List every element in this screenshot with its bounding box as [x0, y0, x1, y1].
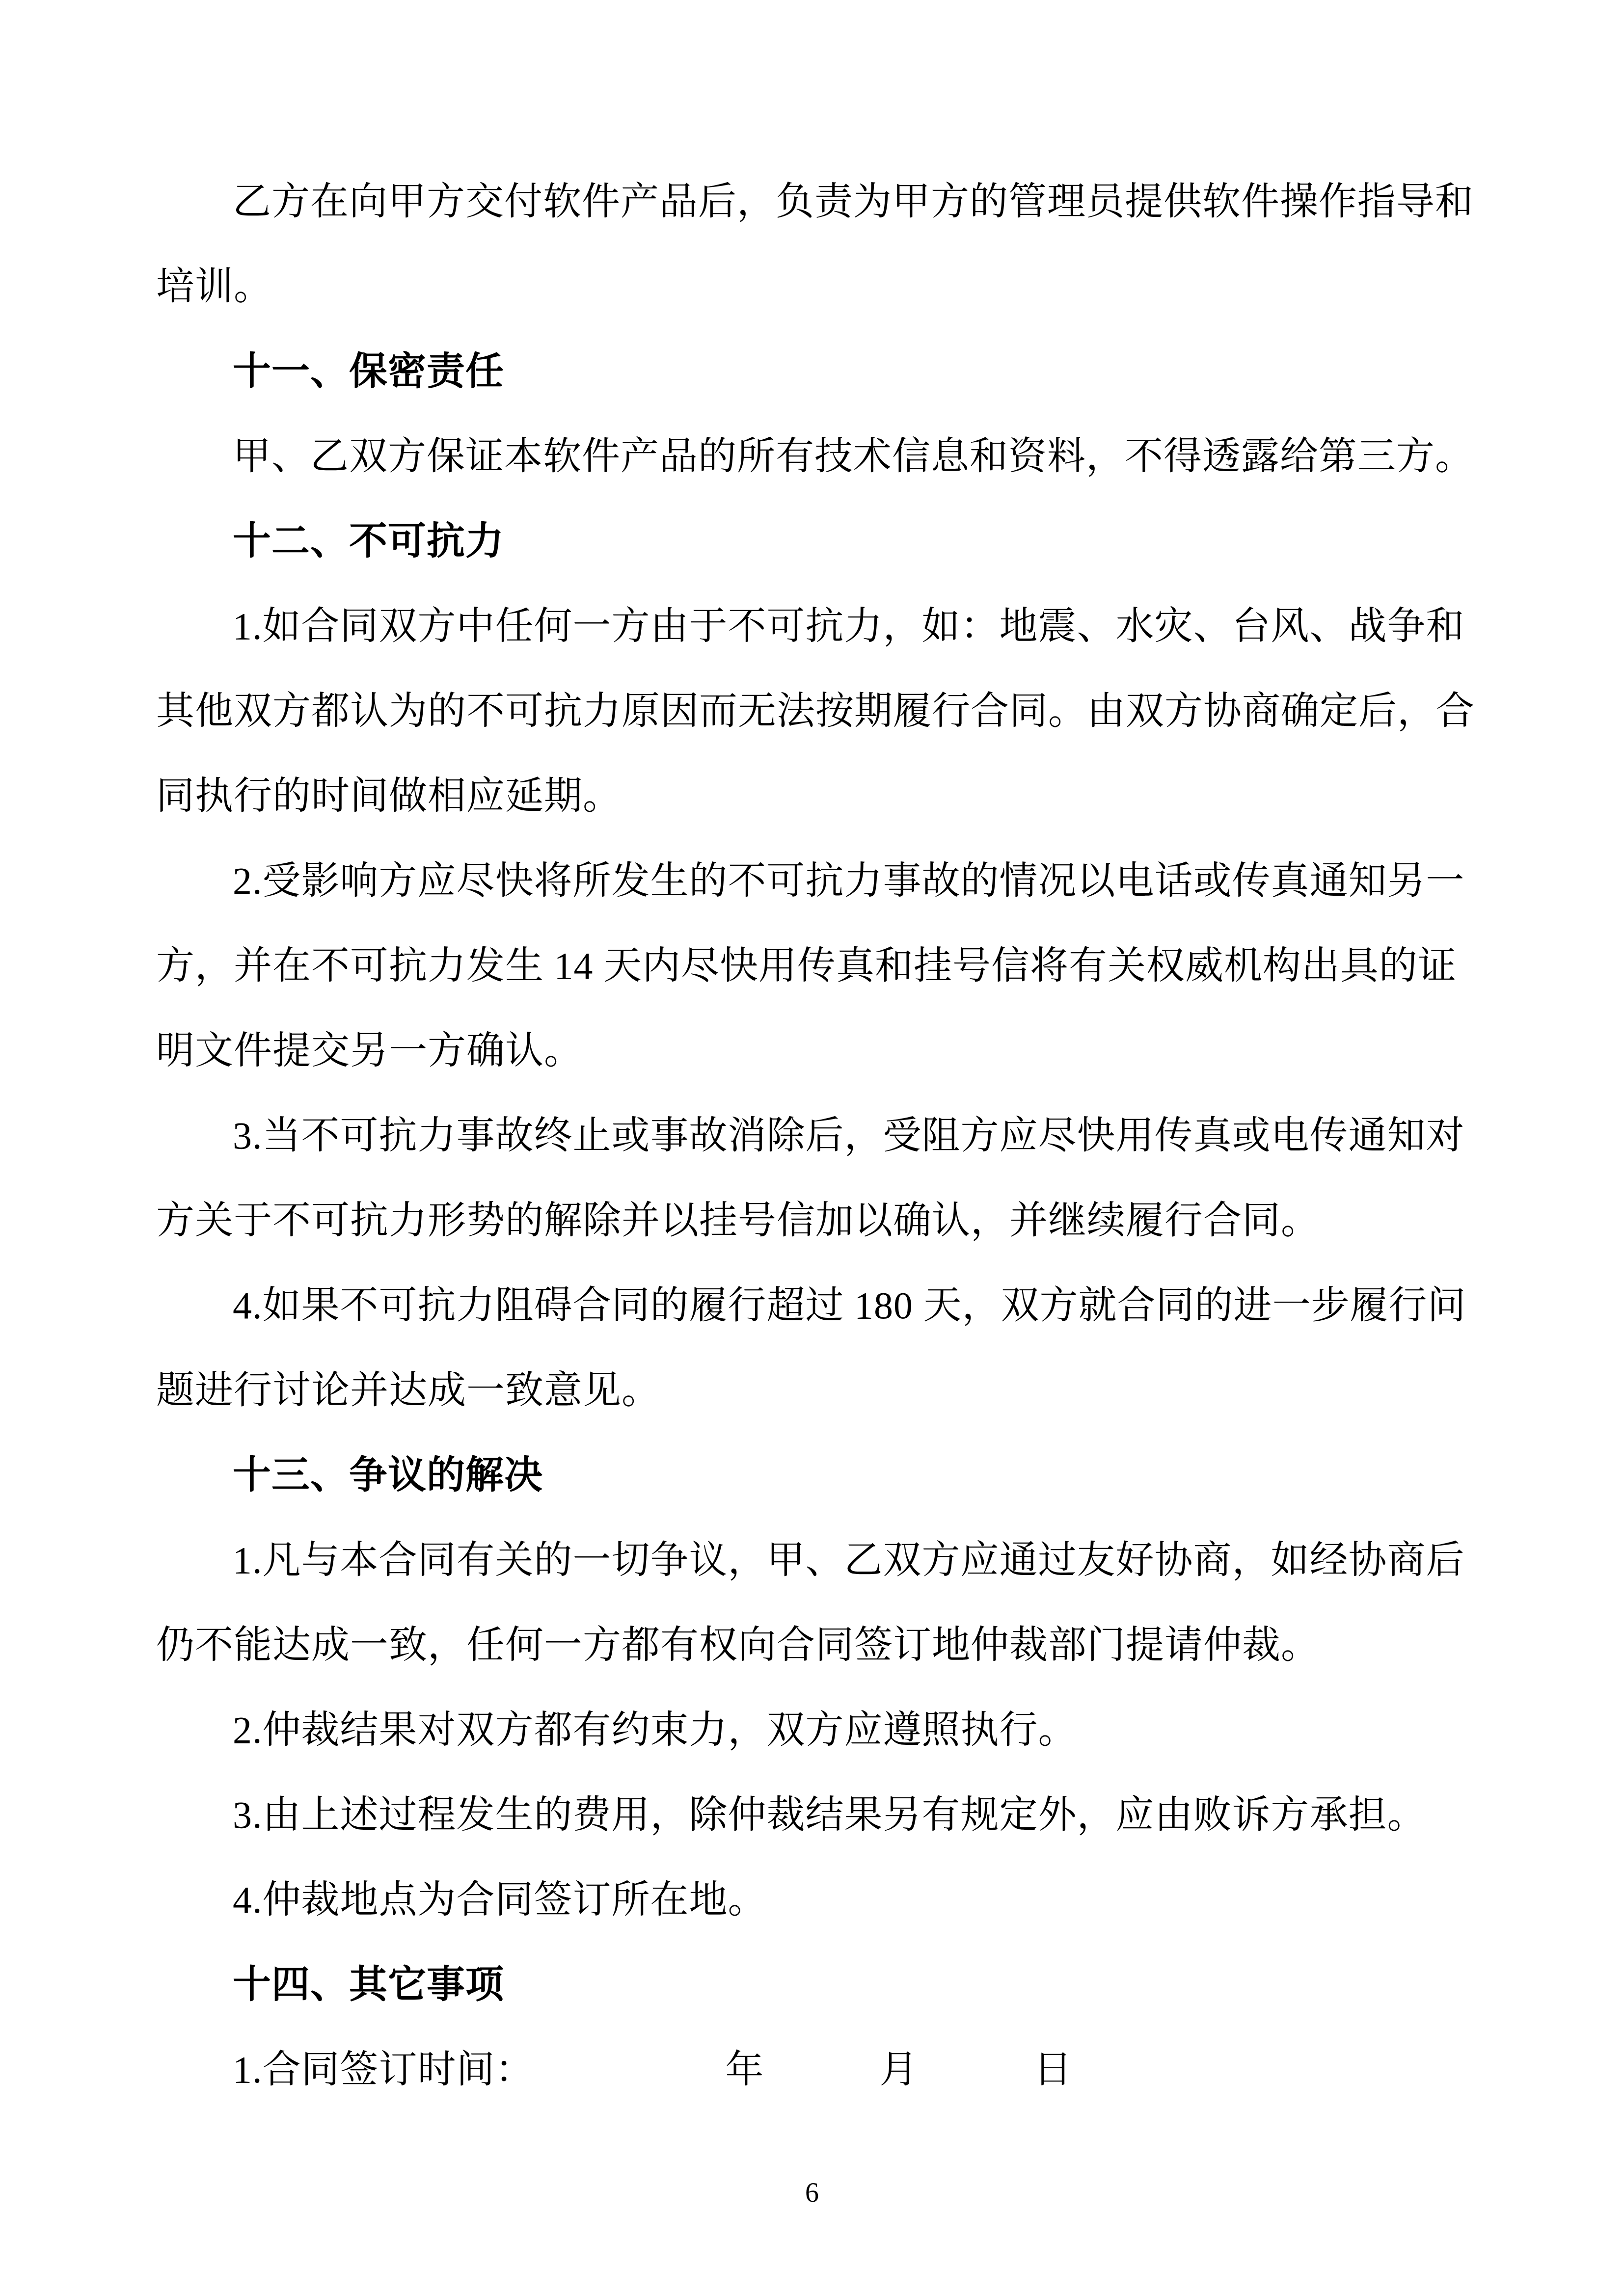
text-line: 仍不能达成一致，任何一方都有权向合同签订地仲裁部门提请仲裁。 — [156, 1602, 1468, 1687]
text-line: 2.仲裁结果对双方都有约束力，双方应遵照执行。 — [156, 1687, 1468, 1772]
text-line: 方，并在不可抗力发生 14 天内尽快用传真和挂号信将有关权威机构出具的证 — [156, 923, 1468, 1008]
contract-text-block: 乙方在向甲方交付软件产品后，负责为甲方的管理员提供软件操作指导和 培训。 十一、… — [156, 159, 1468, 2112]
text-line: 明文件提交另一方确认。 — [156, 1008, 1468, 1093]
text-line: 同执行的时间做相应延期。 — [156, 753, 1468, 838]
text-line: 其他双方都认为的不可抗力原因而无法按期履行合同。由双方协商确定后，合 — [156, 668, 1468, 753]
section-heading-13: 十三、争议的解决 — [156, 1433, 1468, 1518]
text-line: 4.仲裁地点为合同签订所在地。 — [156, 1857, 1468, 1942]
text-line: 2.受影响方应尽快将所发生的不可抗力事故的情况以电话或传真通知另一 — [156, 838, 1468, 923]
day-label: 日 — [1034, 2048, 1073, 2091]
text-line: 1.凡与本合同有关的一切争议，甲、乙双方应通过友好协商，如经协商后 — [156, 1518, 1468, 1602]
text-line: 1.如合同双方中任何一方由于不可抗力，如：地震、水灾、台风、战争和 — [156, 584, 1468, 668]
year-label: 年 — [726, 2048, 764, 2091]
text-line: 3.当不可抗力事故终止或事故消除后，受阻方应尽快用传真或电传通知对 — [156, 1093, 1468, 1178]
text-line: 4.如果不可抗力阻碍合同的履行超过 180 天，双方就合同的进一步履行问 — [156, 1263, 1468, 1348]
sign-date-label: 1.合同签订时间： — [233, 2048, 534, 2091]
text-line: 方关于不可抗力形势的解除并以挂号信加以确认，并继续履行合同。 — [156, 1178, 1468, 1263]
section-heading-11: 十一、保密责任 — [156, 329, 1468, 414]
text-line: 3.由上述过程发生的费用，除仲裁结果另有规定外，应由败诉方承担。 — [156, 1772, 1468, 1857]
text-line: 题进行讨论并达成一致意见。 — [156, 1348, 1468, 1433]
text-line: 培训。 — [156, 244, 1468, 329]
page-number: 6 — [0, 2163, 1624, 2222]
text-line: 乙方在向甲方交付软件产品后，负责为甲方的管理员提供软件操作指导和 — [156, 159, 1468, 244]
month-label: 月 — [880, 2048, 919, 2091]
section-heading-12: 十二、不可抗力 — [156, 499, 1468, 584]
sign-date-line: 1.合同签订时间：年月日 — [156, 2027, 1468, 2112]
section-heading-14: 十四、其它事项 — [156, 1942, 1468, 2027]
contract-page: 乙方在向甲方交付软件产品后，负责为甲方的管理员提供软件操作指导和 培训。 十一、… — [0, 0, 1624, 2296]
text-line: 甲、乙双方保证本软件产品的所有技术信息和资料，不得透露给第三方。 — [156, 414, 1468, 499]
